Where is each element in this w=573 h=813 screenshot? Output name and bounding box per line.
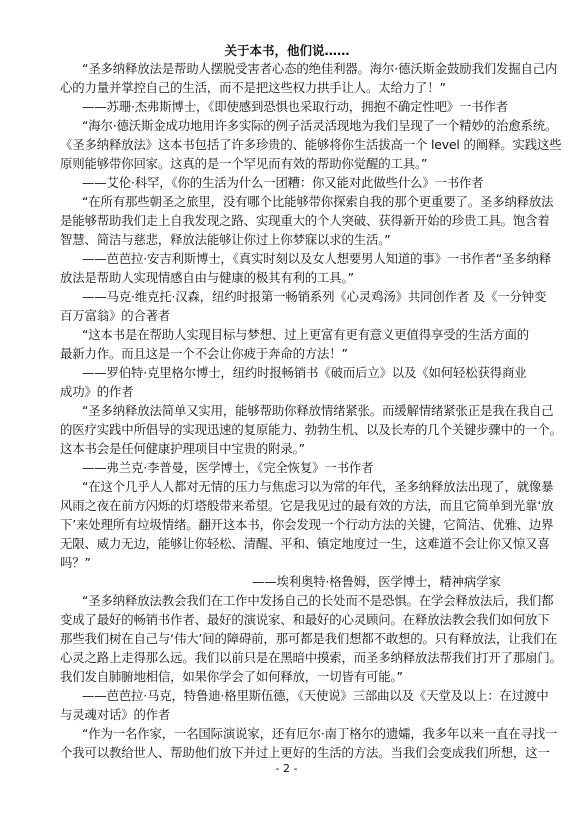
text-line: ——芭芭拉·马克，特鲁迪·格里斯伍德，《天使说》三部曲以及《天堂及以上：在过渡中 <box>60 686 506 705</box>
text-line: 个我可以教给世人、帮助他们放下并过上更好的生活的方法。当我们会变成我们所想，这一 <box>60 743 506 762</box>
text-line: 是能够帮助我们走上自我发现之路、实现重大的个人突破、获得新开始的珍贵工具。饱含着 <box>60 211 506 230</box>
testimonial-attribution: ——罗伯特·克里格尔博士，纽约时报畅销书《破而后立》以及《如何轻松获得商业成功》… <box>60 363 506 401</box>
text-line: 我们发自肺腑地相信，如果你学会了如何释放，一切皆有可能。” <box>60 667 506 686</box>
text-line: ——苏珊·杰弗斯博士，《即使感到恐惧也采取行动，拥抱不确定性吧》一书作者 <box>60 97 506 116</box>
text-line: “这本书是在帮助人实现目标与梦想、过上更富有更有意义更值得享受的生活方面的 <box>60 325 506 344</box>
text-line: 这本书会是任何健康护理项目中宝贵的附录。” <box>60 439 506 458</box>
text-line: “作为一名作家，一名国际演说家，还有厄尔·南丁格尔的遗孀，我多年以来一直在寻找一 <box>60 724 506 743</box>
text-line: 吗？” <box>60 553 506 572</box>
text-line: 心的力量并掌控自己的生活，而不是把这些权力拱手让人。太给力了！” <box>60 78 506 97</box>
testimonial-quote: “圣多纳释放法教会我们在工作中发扬自己的长处而不是恐惧。在学会释放法后，我们都变… <box>60 591 506 686</box>
testimonial-attribution: ——马克·维克托·汉森，纽约时报第一畅销系列《心灵鸡汤》共同创作者 及《一分钟变… <box>60 287 506 325</box>
testimonial-attribution: ——弗兰克·李普曼，医学博士，《完全恢复》一书作者 <box>60 458 506 477</box>
document-page: 关于本书，他们说…… “圣多纳释放法是帮助人摆脱受害者心态的绝佳利器。海尔·德沃… <box>60 41 506 762</box>
text-line: 风雨之夜在前方闪烁的灯塔般带来希望。它是我见过的最有效的方法，而且它简单到光靠‘… <box>60 496 506 515</box>
testimonial-attribution: ——芭芭拉·马克，特鲁迪·格里斯伍德，《天使说》三部曲以及《天堂及以上：在过渡中… <box>60 686 506 724</box>
text-line: 百万富翁》的合著者 <box>60 306 506 325</box>
text-line: ——芭芭拉·安吉利斯博士，《真实时刻以及女人想要男人知道的事》一书作者“圣多纳释 <box>60 249 506 268</box>
text-line: “在这个几乎人人都对无情的压力与焦虑习以为常的年代，圣多纳释放法出现了，就像暴 <box>60 477 506 496</box>
text-line: 下’来处理所有垃圾情绪。翻开这本书，你会发现一个行动方法的关键，它简洁、优雅、边… <box>60 515 506 534</box>
page-number: - 2 - <box>0 762 573 776</box>
text-line: 无限、威力无边，能够让你轻松、清醒、平和、镇定地度过一生，这难道不会让你又惊又喜 <box>60 534 506 553</box>
testimonial-quote: “这本书是在帮助人实现目标与梦想、过上更富有更有意义更值得享受的生活方面的最新力… <box>60 325 506 363</box>
text-line: ——埃利奥特·格鲁姆，医学博士，精神病学家 <box>60 572 506 591</box>
testimonial-quote: “在这个几乎人人都对无情的压力与焦虑习以为常的年代，圣多纳释放法出现了，就像暴风… <box>60 477 506 572</box>
text-line: 智慧、简洁与慈悲，释放法能够让你过上你梦寐以求的生活。” <box>60 230 506 249</box>
page-title: 关于本书，他们说…… <box>60 41 506 60</box>
text-line: ——马克·维克托·汉森，纽约时报第一畅销系列《心灵鸡汤》共同创作者 及《一分钟变 <box>60 287 506 306</box>
text-line: “在所有那些朝圣之旅里，没有哪个比能够带你探索自我的那个更重要了。圣多纳释放法 <box>60 192 506 211</box>
text-line: 放法是帮助人实现情感自由与健康的极其有利的工具。” <box>60 268 506 287</box>
text-line: 《圣多纳释放法》这本书包括了许多珍贵的、能够将你生活拔高一个 level 的阐释… <box>60 135 506 154</box>
text-line: “圣多纳释放法简单又实用，能够帮助你释放情绪紧张。而缓解情绪紧张正是我在我自己 <box>60 401 506 420</box>
text-line: 成功》的作者 <box>60 382 506 401</box>
text-line: 那些我们树在自己与‘伟大’间的障碍前，那可都是我们想都不敢想的。只有释放法，让我… <box>60 629 506 648</box>
testimonial-quote: “海尔·德沃斯金成功地用许多实际的例子活灵活现地为我们呈现了一个精妙的治愈系统。… <box>60 116 506 173</box>
testimonial-attribution: ——芭芭拉·安吉利斯博士，《真实时刻以及女人想要男人知道的事》一书作者“圣多纳释… <box>60 249 506 287</box>
text-line: “海尔·德沃斯金成功地用许多实际的例子活灵活现地为我们呈现了一个精妙的治愈系统。 <box>60 116 506 135</box>
text-line: 与灵魂对话》的作者 <box>60 705 506 724</box>
testimonial-attribution: ——苏珊·杰弗斯博士，《即使感到恐惧也采取行动，拥抱不确定性吧》一书作者 <box>60 97 506 116</box>
text-line: 原则能够带你回家。这真的是一个罕见而有效的帮助你觉醒的工具。” <box>60 154 506 173</box>
text-line: 最新力作。而且这是一个不会让你疲于奔命的方法！” <box>60 344 506 363</box>
testimonial-attribution: ——艾伦·科罕，《你的生活为什么一团糟：你又能对此做些什么》一书作者 <box>60 173 506 192</box>
text-line: 变成了最好的畅销书作者、最好的演说家、和最好的心灵顾问。在释放法教会我们如何放下 <box>60 610 506 629</box>
testimonial-quote: “在所有那些朝圣之旅里，没有哪个比能够带你探索自我的那个更重要了。圣多纳释放法是… <box>60 192 506 249</box>
testimonial-quote: “圣多纳释放法简单又实用，能够帮助你释放情绪紧张。而缓解情绪紧张正是我在我自己的… <box>60 401 506 458</box>
text-line: “圣多纳释放法教会我们在工作中发扬自己的长处而不是恐惧。在学会释放法后，我们都 <box>60 591 506 610</box>
text-line: 的医疗实践中所倡导的实现迅速的复原能力、勃勃生机、以及长寿的几个关键步骤中的一个… <box>60 420 506 439</box>
testimonial-quote: “圣多纳释放法是帮助人摆脱受害者心态的绝佳利器。海尔·德沃斯金鼓励我们发掘自己内… <box>60 59 506 97</box>
text-line: ——罗伯特·克里格尔博士，纽约时报畅销书《破而后立》以及《如何轻松获得商业 <box>60 363 506 382</box>
document-body: “圣多纳释放法是帮助人摆脱受害者心态的绝佳利器。海尔·德沃斯金鼓励我们发掘自己内… <box>60 59 506 762</box>
testimonial-quote: “作为一名作家，一名国际演说家，还有厄尔·南丁格尔的遗孀，我多年以来一直在寻找一… <box>60 724 506 762</box>
testimonial-attribution: ——埃利奥特·格鲁姆，医学博士，精神病学家 <box>60 572 506 591</box>
text-line: “圣多纳释放法是帮助人摆脱受害者心态的绝佳利器。海尔·德沃斯金鼓励我们发掘自己内 <box>60 59 506 78</box>
text-line: ——艾伦·科罕，《你的生活为什么一团糟：你又能对此做些什么》一书作者 <box>60 173 506 192</box>
text-line: ——弗兰克·李普曼，医学博士，《完全恢复》一书作者 <box>60 458 506 477</box>
text-line: 心灵之路上走得那么远。我们以前只是在黑暗中摸索，而圣多纳释放法帮我们打开了那扇门… <box>60 648 506 667</box>
